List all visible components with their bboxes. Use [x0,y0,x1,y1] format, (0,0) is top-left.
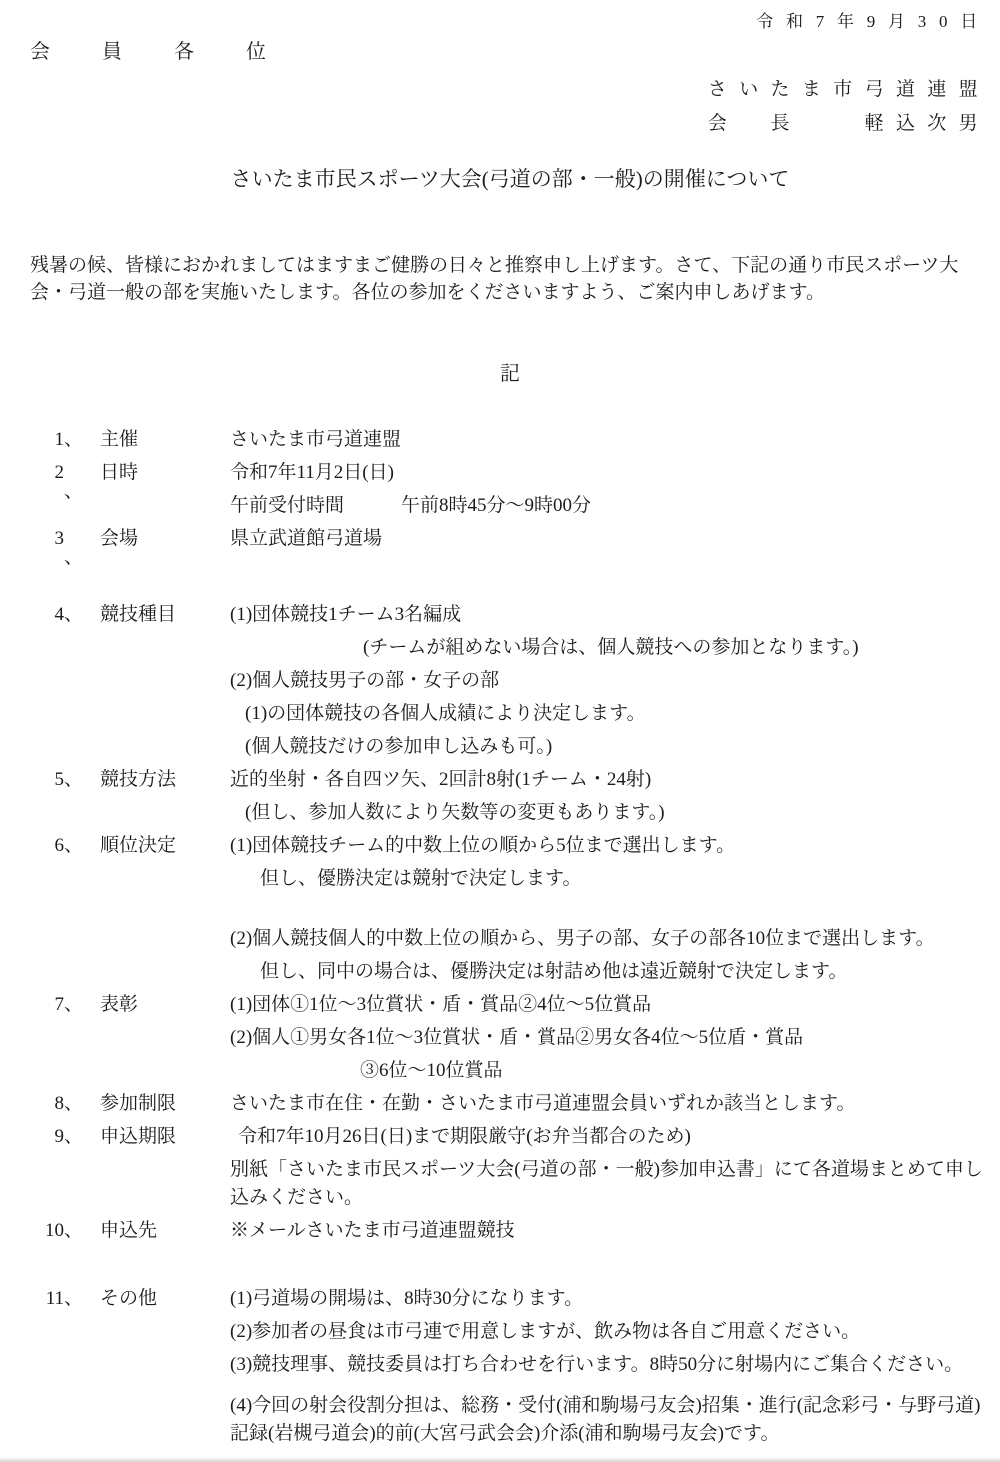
sender-organization: さいたま市弓道連盟 [30,76,990,104]
list-item: 11、その他(1)弓道場の開場は、8時30分になります。(2)参加者の昼食は市弓… [30,1285,990,1453]
item-number: 9、 [30,1123,100,1151]
item-number: 4、 [30,601,100,629]
item-label: 日時 [100,459,230,487]
item-number-comma: 、 [64,481,100,503]
item-content: (1)団体①1位～3位賞状・盾・賞品②4位～5位賞品(2)個人①男女各1位～3位… [230,991,990,1090]
ki-heading: 記 [30,360,990,388]
item-content: ※メールさいたま市弓道連盟競技 [230,1217,990,1250]
item-number-digit: 11 [30,1285,64,1313]
items-list: 1、主催さいたま市弓道連盟2、日時令和7年11月2日(日)午前受付時間 午前8時… [30,426,990,1453]
content-line: 但し、優勝決定は競射で決定します。 [230,865,990,893]
item-content: 令和7年11月2日(日)午前受付時間 午前8時45分～9時00分 [230,459,990,525]
item-content: (1)弓道場の開場は、8時30分になります。(2)参加者の昼食は市弓連で用意しま… [230,1285,990,1453]
item-number-comma: 、 [64,769,83,790]
item-number-comma: 、 [64,547,100,569]
item-content: 県立武道館弓道場 [230,525,990,558]
content-line: 令和7年10月26日(日)まで期限厳守(お弁当都合のため) [230,1123,990,1151]
content-line: (2)個人①男女各1位～3位賞状・盾・賞品②男女各4位～5位盾・賞品 [230,1024,990,1052]
item-label: 申込先 [100,1217,230,1245]
item-number: 7、 [30,991,100,1019]
list-item: 8、参加制限さいたま市在住・在勤・さいたま市弓道連盟会員いずれか該当とします。 [30,1090,990,1123]
item-number: 10、 [30,1217,100,1245]
list-item: 5、競技方法近的坐射・各自四ツ矢、2回計8射(1チーム・24射)(但し、参加人数… [30,766,990,832]
item-number: 5、 [30,766,100,794]
content-line: 午前受付時間 午前8時45分～9時00分 [230,492,990,520]
item-number-comma: 、 [64,994,83,1015]
item-label: 参加制限 [100,1090,230,1118]
list-item: 1、主催さいたま市弓道連盟 [30,426,990,459]
item-label: 申込期限 [100,1123,230,1151]
content-line: (4)今回の射会役割分担は、総務・受付(浦和駒場弓友会)招集・進行(記念彩弓・与… [230,1392,988,1448]
item-content: 近的坐射・各自四ツ矢、2回計8射(1チーム・24射)(但し、参加人数により矢数等… [230,766,990,832]
content-line: さいたま市弓道連盟 [230,426,990,454]
content-line: (2)参加者の昼食は市弓連で用意しますが、飲み物は各自ご用意ください。 [230,1318,990,1346]
document-title: さいたま市民スポーツ大会(弓道の部・一般)の開催について [30,164,990,194]
item-number: 2、 [30,459,100,503]
content-line: 別紙「さいたま市民スポーツ大会(弓道の部・一般)参加申込書」にて各道場まとめて申… [230,1156,988,1212]
item-number-comma: 、 [64,604,83,625]
item-label: その他 [100,1285,230,1313]
item-number-comma: 、 [64,835,83,856]
item-number: 3、 [30,525,100,569]
item-label: 主催 [100,426,230,454]
list-item: 3、会場県立武道館弓道場 [30,525,990,569]
list-item: 9、申込期限令和7年10月26日(日)まで期限厳守(お弁当都合のため)別紙「さい… [30,1123,990,1217]
item-number-digit: 7 [30,991,64,1019]
content-line: 令和7年11月2日(日) [230,459,990,487]
item-label: 会場 [100,525,230,553]
item-label: 表彰 [100,991,230,1019]
item-content: (1)団体競技1チーム3名編成(チームが組めない場合は、個人競技への参加となりま… [230,601,990,766]
list-item: 2、日時令和7年11月2日(日)午前受付時間 午前8時45分～9時00分 [30,459,990,525]
item-number-comma: 、 [64,1220,83,1241]
content-line: (2)個人競技男子の部・女子の部 [230,667,990,695]
content-line: (1)の団体競技の各個人成績により決定します。 [230,700,990,728]
item-number-digit: 6 [30,832,64,860]
item-label: 順位決定 [100,832,230,860]
content-line: 但し、同中の場合は、優勝決定は射詰め他は遠近競射で決定します。 [230,958,990,986]
item-number-digit: 1 [30,426,64,454]
item-label: 競技種目 [100,601,230,629]
list-item: 4、競技種目(1)団体競技1チーム3名編成(チームが組めない場合は、個人競技への… [30,601,990,766]
content-line: (3)競技理事、競技委員は打ち合わせを行います。8時50分に射場内にご集合くださ… [230,1351,988,1379]
item-number-digit: 5 [30,766,64,794]
recipient-line: 会員各位 [30,38,990,66]
content-line: 近的坐射・各自四ツ矢、2回計8射(1チーム・24射) [230,766,990,794]
item-number: 1、 [30,426,100,454]
page-bottom-edge [0,1457,1000,1462]
content-line: (個人競技だけの参加申し込みも可。) [230,733,990,761]
document-date: 令和7年9月30日 [30,8,990,36]
list-item: 7、表彰(1)団体①1位～3位賞状・盾・賞品②4位～5位賞品(2)個人①男女各1… [30,991,990,1090]
item-number-comma: 、 [64,429,83,450]
content-line: (1)団体競技チーム的中数上位の順から5位まで選出します。 [230,832,990,860]
sender-president: 会 長 軽込次男 [30,110,990,138]
item-number: 11、 [30,1285,100,1313]
item-number-digit: 4 [30,601,64,629]
content-line: ③6位～10位賞品 [230,1057,990,1085]
item-number-digit: 2 [30,459,64,487]
item-number: 6、 [30,832,100,860]
item-label: 競技方法 [100,766,230,794]
list-item: 10、申込先※メールさいたま市弓道連盟競技 [30,1217,990,1250]
content-line: (但し、参加人数により矢数等の変更もあります。) [230,799,990,827]
content-line: (2)個人競技個人的中数上位の順から、男子の部、女子の部各10位まで選出します。 [230,925,990,953]
item-number-comma: 、 [64,1288,83,1309]
content-line: さいたま市在住・在勤・さいたま市弓道連盟会員いずれか該当とします。 [230,1090,990,1118]
list-item: 6、順位決定(1)団体競技チーム的中数上位の順から5位まで選出します。但し、優勝… [30,832,990,991]
item-number-comma: 、 [64,1093,83,1114]
item-number-digit: 10 [30,1217,64,1245]
content-line: (チームが組めない場合は、個人競技への参加となります。) [230,634,990,662]
item-number-comma: 、 [64,1126,83,1147]
item-content: 令和7年10月26日(日)まで期限厳守(お弁当都合のため)別紙「さいたま市民スポ… [230,1123,990,1217]
item-content: さいたま市弓道連盟 [230,426,990,459]
item-content: (1)団体競技チーム的中数上位の順から5位まで選出します。但し、優勝決定は競射で… [230,832,990,991]
item-number-digit: 3 [30,525,64,553]
content-line: ※メールさいたま市弓道連盟競技 [230,1217,990,1245]
content-line: (1)弓道場の開場は、8時30分になります。 [230,1285,990,1313]
item-number-digit: 8 [30,1090,64,1118]
intro-paragraph: 残暑の候、皆様におかれましてはますまご健勝の日々と推察申し上げます。さて、下記の… [30,252,987,306]
document: 令和7年9月30日 会員各位 さいたま市弓道連盟 会 長 軽込次男 さいたま市民… [0,0,1000,1453]
content-line: (1)団体競技1チーム3名編成 [230,601,990,629]
item-number-digit: 9 [30,1123,64,1151]
item-number: 8、 [30,1090,100,1118]
item-content: さいたま市在住・在勤・さいたま市弓道連盟会員いずれか該当とします。 [230,1090,990,1123]
content-line: (1)団体①1位～3位賞状・盾・賞品②4位～5位賞品 [230,991,990,1019]
content-line: 県立武道館弓道場 [230,525,990,553]
